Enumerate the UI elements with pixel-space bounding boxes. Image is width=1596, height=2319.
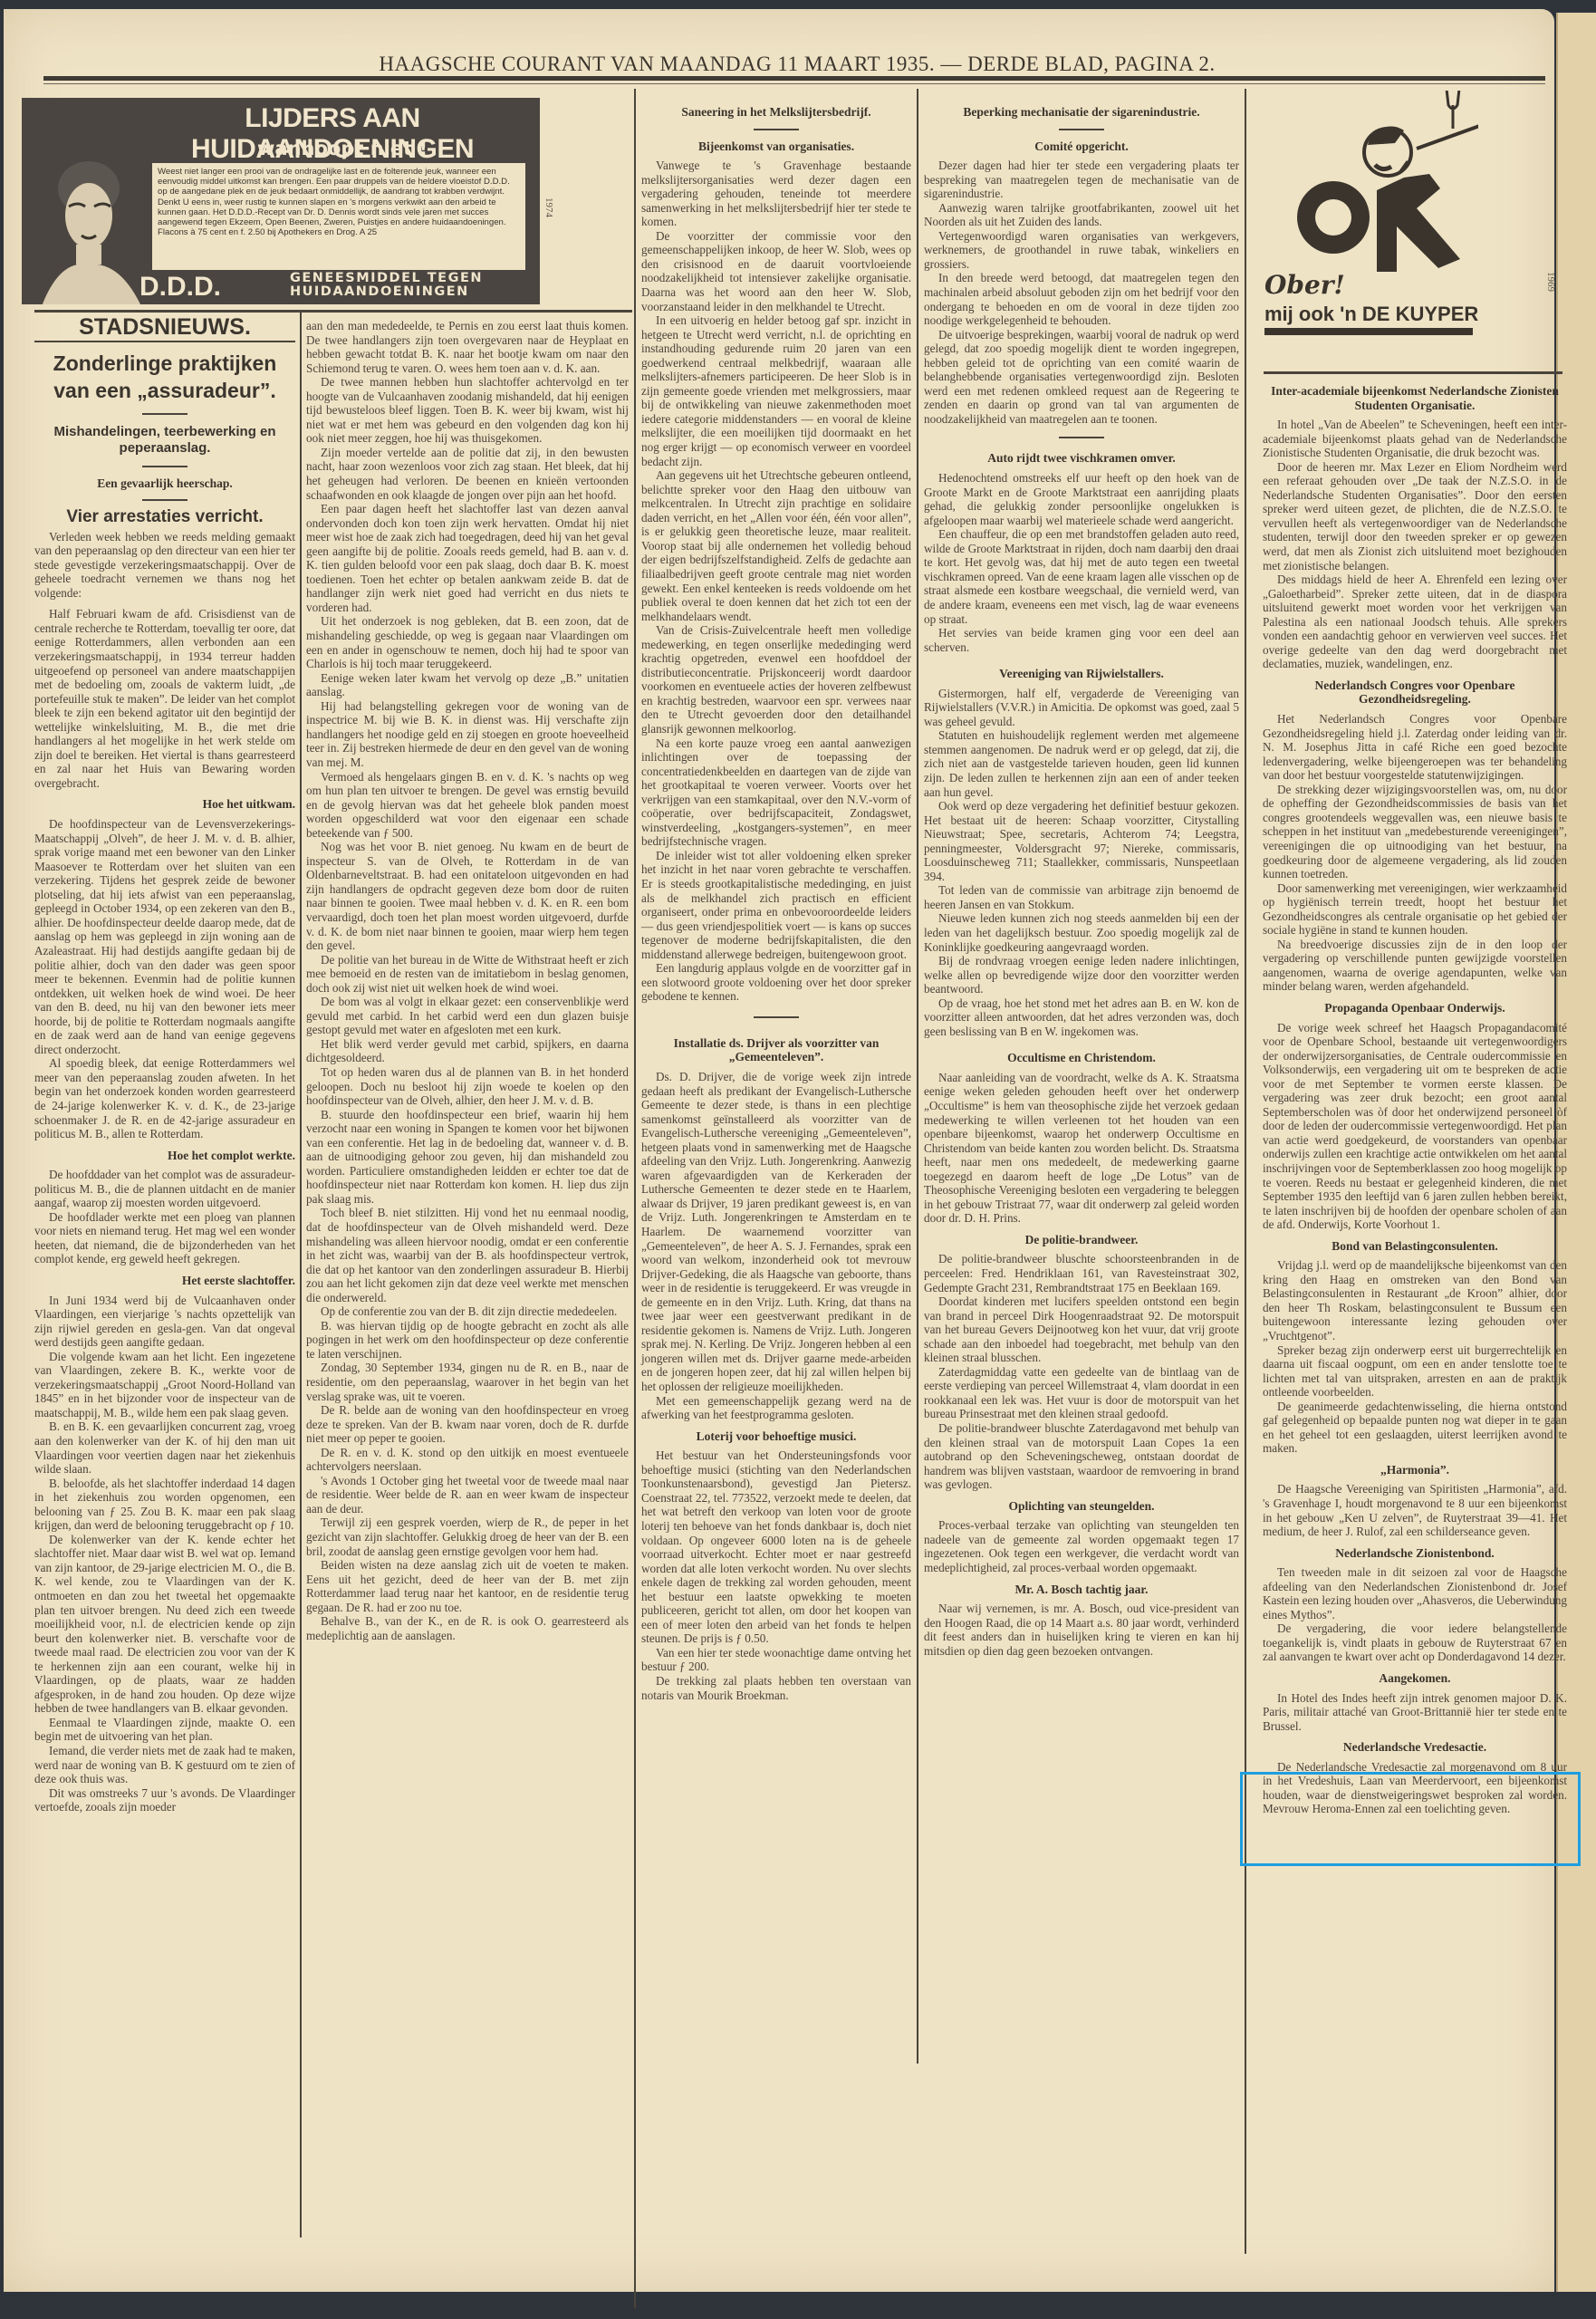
paragraph: Het bestuur van het Ondersteuningsfonds … (641, 1448, 911, 1646)
column-3: Saneering in het Melkslijtersbedrijf. Bi… (641, 98, 911, 1702)
paragraph: Vanwege te 's Gravenhage bestaande melks… (641, 159, 911, 229)
paragraph: Het blik werd verder gevuld met carbid, … (306, 1037, 629, 1065)
paragraph: De geanimeerde gedachtenwisseling, die h… (1263, 1400, 1567, 1456)
ad-subhead: wanhoopt niet ! (257, 138, 428, 159)
column-5: Inter-academiale bijeenkomst Nederlandsc… (1263, 380, 1567, 1816)
paragraph: De strekking dezer wijzigingsvoorstellen… (1263, 783, 1567, 881)
selection-highlight-box[interactable] (1240, 1772, 1581, 1866)
waiter-ok-illustration (1261, 91, 1478, 272)
paragraph: Bij de rondvraag vroegen eenige leden na… (924, 954, 1239, 996)
paragraph: De R. belde aan de woning van den hoofdi… (306, 1403, 629, 1446)
paragraph: Ook werd op deze vergadering het definit… (924, 799, 1239, 883)
paragraph: Op de vraag, hoe het stond met het adres… (924, 996, 1239, 1039)
masthead: HAAGSCHE COURANT VAN MAANDAG 11 MAART 19… (100, 53, 1495, 76)
paragraph: De voorzitter der commissie voor den gem… (641, 229, 911, 313)
column-4: Beperking mechanisatie der sigarenindust… (924, 98, 1239, 1658)
de-kuyper-advertisement: Ober! mij ook 'n DE KUYPER (1261, 91, 1560, 332)
paragraph: De hoofdinspecteur van de Levensverzeker… (34, 817, 295, 1056)
column-divider (1245, 89, 1246, 2254)
divider (142, 413, 187, 415)
article-subhead: Vier arrestaties verricht. (34, 510, 295, 524)
paragraph: 's Avonds 1 October ging het tweetal voo… (306, 1474, 629, 1516)
article-headline: Nederlandsche Vredesactie. (1263, 1740, 1567, 1755)
paragraph: De hoofddader van het complot was de ass… (34, 1168, 295, 1210)
scan-background (0, 2292, 1596, 2319)
paragraph: Eenmaal te Vlaardingen zijnde, maakte O.… (34, 1716, 295, 1744)
ad-number: 1974 (543, 197, 554, 217)
paragraph: Zijn moeder vertelde aan de politie dat … (306, 446, 629, 502)
article-headline: Bond van Belastingconsulenten. (1263, 1239, 1567, 1254)
paragraph: Spreker bezag zijn onderwerp eerst uit b… (1263, 1343, 1567, 1400)
paragraph: Nog was het voor B. niet genoeg. Nu kwam… (306, 840, 629, 952)
ad-brand: D.D.D. (139, 272, 221, 303)
paragraph: De trekking zal plaats hebben ten overst… (641, 1674, 911, 1702)
divider (142, 466, 187, 467)
paragraph: Dezer dagen had hier ter stede een verga… (924, 159, 1239, 201)
paragraph: aan den man mededeelde, te Pernis en zou… (306, 319, 629, 375)
paragraph: De kolenwerker van der K. kende echter h… (34, 1533, 295, 1716)
paragraph: Tot leden van de commissie van arbitrage… (924, 883, 1239, 911)
paragraph: Vertegenwoordigd waren organisaties van … (924, 229, 1239, 272)
paragraph: Door de heeren mr. Max Lezer en Eliom No… (1263, 460, 1567, 573)
paragraph: Ten tweeden male in dit seizoen zal voor… (1263, 1565, 1567, 1621)
divider (754, 129, 799, 130)
paragraph: In Hotel des Indes heeft zijn intrek gen… (1263, 1691, 1567, 1734)
paragraph: B. stuurde den hoofdinspecteur een brief… (306, 1108, 629, 1207)
ad-body: Weest niet langer een prooi van de ondra… (152, 163, 525, 270)
article-headline: Auto rijdt twee vischkramen omver. (924, 451, 1239, 466)
section-rule (1264, 371, 1562, 374)
article-headline: Nederlandsch Congres voor Openbare Gezon… (1263, 678, 1567, 707)
paragraph: Proces-verbaal terzake van oplichting va… (924, 1518, 1239, 1574)
article-subhead: Comité opgericht. (924, 140, 1239, 154)
paragraph: Met een gemeenschappelijk gezang werd na… (641, 1394, 911, 1422)
ddd-advertisement: LIJDERS AAN HUIDAANDOENINGEN wanhoopt ni… (22, 98, 540, 304)
paragraph: In hotel „Van de Abeelen” te Scheveninge… (1263, 418, 1567, 460)
ad-brand-line: mij ook 'n DE KUYPER (1264, 303, 1478, 326)
paragraph: De vergadering, die voor iedere belangst… (1263, 1621, 1567, 1664)
section-title: STADSNIEUWS. (34, 321, 295, 335)
paragraph: B. en B. K. een gevaarlijken concurrent … (34, 1419, 295, 1476)
paragraph: Beiden wisten na deze aanslag zich uit d… (306, 1558, 629, 1614)
paragraph: Vermoed als hengelaars gingen B. en v. d… (306, 770, 629, 841)
paragraph: De politie van het bureau in de Witte de… (306, 953, 629, 996)
paragraph: Toch bleef B. niet stilzitten. Hij vond … (306, 1206, 629, 1304)
ad-underline-bar (1264, 328, 1473, 335)
paragraph: B. was hiervan tijdig op de hoogte gebra… (306, 1319, 629, 1362)
paragraph: Hedenochtend omstreeks elf uur heeft op … (924, 471, 1239, 527)
article-subhead: Een gevaarlijk heerschap. (34, 476, 295, 491)
paragraph: De Haagsche Vereeniging van Spiritisten … (1263, 1482, 1567, 1538)
paragraph: Zondag, 30 September 1934, gingen nu de … (306, 1361, 629, 1403)
paragraph: Een paar dagen heeft het slachtoffer las… (306, 502, 629, 614)
paragraph: Terwijl zij een gesprek voerden, wierp d… (306, 1516, 629, 1558)
paragraph: In den breede werd betoogd, dat maatrege… (924, 271, 1239, 327)
ad-number: 1969 (1545, 272, 1556, 292)
paragraph: Naar wij vernemen, is mr. A. Bosch, oud … (924, 1602, 1239, 1658)
paragraph: Na breedvoerige discussies zijn de in de… (1263, 938, 1567, 994)
paragraph: De vorige week schreef het Haagsch Propa… (1263, 1021, 1567, 1232)
section-rule (34, 341, 295, 342)
paragraph: Uit het onderzoek is nog gebleken, dat B… (306, 614, 629, 670)
subheading: Hoe het uitkwam. (34, 797, 295, 812)
paragraph: Gistermorgen, half elf, vergaderde de Ve… (924, 687, 1239, 729)
paragraph: De R. en v. d. K. stond op den uitkijk e… (306, 1446, 629, 1474)
paragraph: Tot op heden waren dus al de plannen van… (306, 1065, 629, 1108)
paragraph: De twee mannen hebben hun slachtoffer ac… (306, 375, 629, 446)
paragraph: Vrijdag j.l. werd op de maandelijksche b… (1263, 1258, 1567, 1342)
paragraph: De hoofdlader werkte met een ploeg van p… (34, 1210, 295, 1266)
divider (142, 499, 187, 501)
paragraph: Die volgende kwam aan het licht. Een ing… (34, 1350, 295, 1420)
paragraph: Dit was omstreeks 7 uur 's avonds. De Vl… (34, 1786, 295, 1814)
paragraph: Aanwezig waren talrijke grootfabrikanten… (924, 201, 1239, 229)
section-rule (34, 310, 632, 313)
paragraph: Eenige weken later kwam het vervolg op d… (306, 671, 629, 699)
masthead-rule (43, 76, 1545, 81)
paragraph: Het servies van beide kramen ging voor e… (924, 626, 1239, 654)
column-divider (634, 89, 636, 2308)
paragraph: Van een hier ter stede woonachtige dame … (641, 1646, 911, 1674)
paragraph: Aan gegevens uit het Utrechtsche gebeure… (641, 468, 911, 623)
paragraph: In een uitvoerig en helder betoog gaf sp… (641, 313, 911, 468)
paragraph: B. beloofde, als het slachtoffer inderda… (34, 1477, 295, 1533)
paragraph: Statuten en huishoudelijk reglement werd… (924, 728, 1239, 799)
paragraph: Door samenwerking met vereenigingen, wie… (1263, 881, 1567, 938)
paragraph: Van de Crisis-Zuivelcentrale heeft men v… (641, 623, 911, 736)
article-headline: Zonderlinge praktijken van een „assurade… (34, 350, 295, 404)
paragraph: Des middags hield de heer A. Ehrenfeld e… (1263, 573, 1567, 671)
article-headline: Saneering in het Melkslijtersbedrijf. (641, 105, 911, 120)
divider (1059, 437, 1104, 438)
article-headline: Inter-academiale bijeenkomst Nederlandsc… (1263, 384, 1567, 412)
article-headline: Oplichting van steungelden. (924, 1499, 1239, 1514)
column-1: STADSNIEUWS. Zonderlinge praktijken van … (34, 319, 295, 1814)
ad-tagline-line-2: HUIDAANDOENINGEN (290, 285, 483, 299)
paragraph: Behalve B., van der K., en de R. is ook … (306, 1614, 629, 1642)
article-headline: Nederlandsche Zionistenbond. (1263, 1546, 1567, 1561)
paragraph: Zaterdagmiddag vatte een gedeelte van de… (924, 1365, 1239, 1421)
article-headline: Aangekomen. (1263, 1671, 1567, 1686)
column-divider (917, 89, 918, 2064)
subheading: Het eerste slachtoffer. (34, 1274, 295, 1288)
paragraph: De bom was al volgt in elkaar gezet: een… (306, 995, 629, 1037)
divider (1059, 129, 1104, 130)
masthead-rule-thin (43, 83, 1545, 84)
paragraph: In Juni 1934 werd bij de Vulcaanhaven on… (34, 1294, 295, 1350)
article-headline: „Harmonia”. (1263, 1463, 1567, 1477)
paragraph: Al spoedig bleek, dat eenige Rotterdamme… (34, 1056, 295, 1140)
column-2: aan den man mededeelde, te Pernis en zou… (306, 319, 629, 1642)
article-headline: De politie-brandweer. (924, 1233, 1239, 1247)
subheading: Hoe het complot werkte. (34, 1149, 295, 1163)
paragraph: Iemand, die verder niets met de zaak had… (34, 1744, 295, 1786)
woman-portrait-illustration (42, 152, 141, 304)
paragraph: Op de conferentie zou van der B. dit zij… (306, 1304, 629, 1319)
divider (754, 1016, 799, 1018)
article-headline: Loterij voor behoeftige musici. (641, 1429, 911, 1444)
column-divider (300, 313, 302, 2237)
paragraph: Verleden week hebben we reeds melding ge… (34, 530, 295, 601)
article-headline: Beperking mechanisatie der sigarenindust… (924, 105, 1239, 120)
ad-tagline-line-1: GENEESMIDDEL TEGEN (290, 272, 483, 285)
paragraph: Ds. D. Drijver, die de vorige week zijn … (641, 1070, 911, 1394)
paragraph: De inleider wist tot aller voldoening el… (641, 849, 911, 961)
article-headline: Installatie ds. Drijver als voorzitter v… (641, 1036, 911, 1064)
ad-tagline: GENEESMIDDEL TEGEN HUIDAANDOENINGEN (290, 272, 483, 299)
paragraph: Naar aanleiding van de voordracht, welke… (924, 1071, 1239, 1226)
paragraph: De uitvoerige besprekingen, waarbij voor… (924, 328, 1239, 427)
article-subhead: Bijeenkomst van organisaties. (641, 140, 911, 154)
article-headline: Vereeniging van Rijwielstallers. (924, 667, 1239, 681)
ad-ober-text: Ober! (1264, 270, 1345, 300)
paragraph: De politie-brandweer bluschte Zaterdagav… (924, 1421, 1239, 1492)
article-subhead: Mishandelingen, teerbewerking en peperaa… (34, 424, 295, 457)
paragraph: Doordat kinderen met lucifers speelden o… (924, 1294, 1239, 1365)
paragraph: Een chauffeur, die op een met brandstoff… (924, 527, 1239, 626)
article-headline: Occultisme en Christendom. (924, 1051, 1239, 1065)
paragraph: De politie-brandweer bluschte schoorstee… (924, 1252, 1239, 1294)
article-headline: Propaganda Openbaar Onderwijs. (1263, 1001, 1567, 1015)
harmonia-article[interactable]: „Harmonia”. De Haagsche Vereeniging van … (1263, 1463, 1567, 1539)
paragraph: Een langdurig applaus volgde en de voorz… (641, 961, 911, 1004)
article-headline: Mr. A. Bosch tachtig jaar. (924, 1583, 1239, 1597)
paragraph: Nieuwe leden kunnen zich nog steeds aanm… (924, 911, 1239, 954)
paragraph: Na een korte pauze vroeg een aantal aanw… (641, 736, 911, 849)
paragraph: Het Nederlandsch Congres voor Openbare G… (1263, 712, 1567, 783)
paragraph: Hij had belangstelling gekregen voor de … (306, 699, 629, 770)
paragraph: Half Februari kwam de afd. Crisisdienst … (34, 607, 295, 790)
